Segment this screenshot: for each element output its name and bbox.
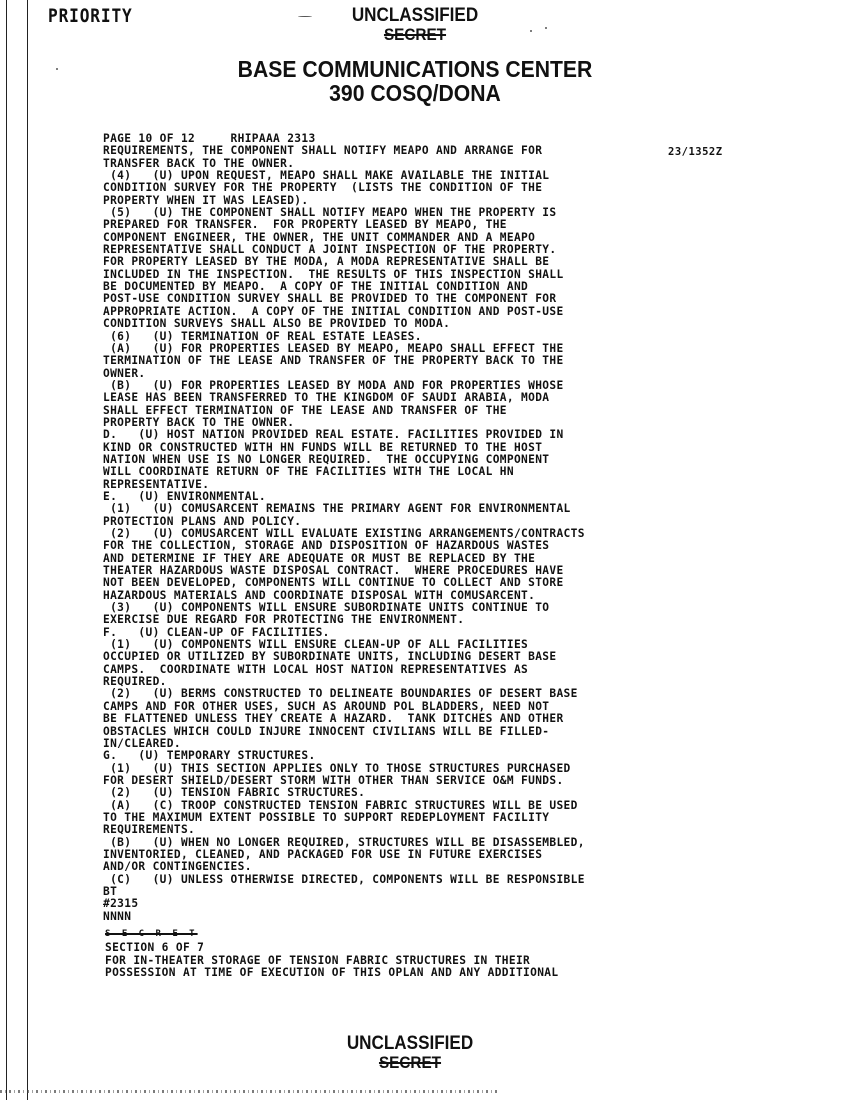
text-line: G. (U) TEMPORARY STRUCTURES.	[103, 750, 703, 762]
comm-center-header: BASE COMMUNICATIONS CENTER 390 COSQ/DONA	[236, 57, 595, 105]
text-line: (2) (U) TENSION FABRIC STRUCTURES.	[103, 787, 703, 799]
text-line: BE FLATTENED UNLESS THEY CREATE A HAZARD…	[103, 713, 703, 725]
comm-center-unit: 390 COSQ/DONA	[236, 81, 595, 105]
text-line: NOT BEEN DEVELOPED, COMPONENTS WILL CONT…	[103, 577, 703, 589]
scan-speck	[545, 27, 547, 29]
text-line: D. (U) HOST NATION PROVIDED REAL ESTATE.…	[103, 429, 703, 441]
text-line: OCCUPIED OR UTILIZED BY SUBORDINATE UNIT…	[103, 651, 703, 663]
scan-speck	[56, 68, 58, 70]
text-line: WILL COORDINATE RETURN OF THE FACILITIES…	[103, 466, 703, 478]
text-line: AND/OR CONTINGENCIES.	[103, 861, 703, 873]
scan-artifact-strip	[0, 1090, 500, 1093]
text-line: REQUIREMENTS, THE COMPONENT SHALL NOTIFY…	[103, 145, 703, 157]
text-line: PREPARED FOR TRANSFER. FOR PROPERTY LEAS…	[103, 219, 703, 231]
top-classification-marking: UNCLASSIFIED SECRET	[330, 5, 500, 45]
text-line: (1) (U) COMUSARCENT REMAINS THE PRIMARY …	[103, 503, 703, 515]
scan-speck	[530, 30, 532, 32]
comm-center-name: BASE COMMUNICATIONS CENTER	[236, 57, 595, 81]
precedence-label: PRIORITY	[48, 5, 133, 27]
text-line: (2) (U) BERMS CONSTRUCTED TO DELINEATE B…	[103, 688, 703, 700]
binding-margin-rule	[27, 0, 28, 1100]
text-line: NNNN	[103, 911, 703, 923]
text-line: POST-USE CONDITION SURVEY SHALL BE PROVI…	[103, 293, 703, 305]
text-line: CONDITION SURVEYS SHALL ALSO BE PROVIDED…	[103, 318, 703, 330]
text-line: REQUIREMENTS.	[103, 824, 703, 836]
text-line: TERMINATION OF THE LEASE AND TRANSFER OF…	[103, 355, 703, 367]
text-line: FOR PROPERTY LEASED BY THE MODA, A MODA …	[103, 256, 703, 268]
classification-current: UNCLASSIFIED	[339, 5, 492, 27]
text-line: CAMPS. COORDINATE WITH LOCAL HOST NATION…	[103, 664, 703, 676]
text-line: #2315	[103, 898, 703, 910]
text-line: (C) (U) UNLESS OTHERWISE DIRECTED, COMPO…	[103, 874, 703, 886]
text-line: POSSESSION AT TIME OF EXECUTION OF THIS …	[105, 967, 705, 980]
text-line: CONDITION SURVEY FOR THE PROPERTY (LISTS…	[103, 182, 703, 194]
classification-original-struck: SECRET	[339, 25, 492, 45]
text-line: OBSTACLES WHICH COULD INJURE INNOCENT CI…	[103, 726, 703, 738]
classification-current: UNCLASSIFIED	[334, 1033, 487, 1055]
text-line: LEASE HAS BEEN TRANSFERRED TO THE KINGDO…	[103, 392, 703, 404]
text-line: (6) (U) TERMINATION OF REAL ESTATE LEASE…	[103, 331, 703, 343]
classification-original-struck: SECRET	[334, 1053, 487, 1073]
text-line: SECTION 6 OF 7	[105, 942, 705, 955]
text-line: BT	[103, 886, 703, 898]
scan-speck	[298, 16, 312, 17]
message-body: PAGE 10 OF 12 RHIPAAA 2313REQUIREMENTS, …	[103, 133, 703, 923]
bottom-classification-marking: UNCLASSIFIED SECRET	[325, 1033, 495, 1073]
next-section-body: SECTION 6 OF 7FOR IN-THEATER STORAGE OF …	[105, 942, 705, 980]
section-classification-struck: S E C R E T	[105, 929, 198, 939]
left-margin-rule	[6, 0, 7, 1100]
text-line: FOR THE COLLECTION, STORAGE AND DISPOSIT…	[103, 540, 703, 552]
text-line: EXERCISE DUE REGARD FOR PROTECTING THE E…	[103, 614, 703, 626]
